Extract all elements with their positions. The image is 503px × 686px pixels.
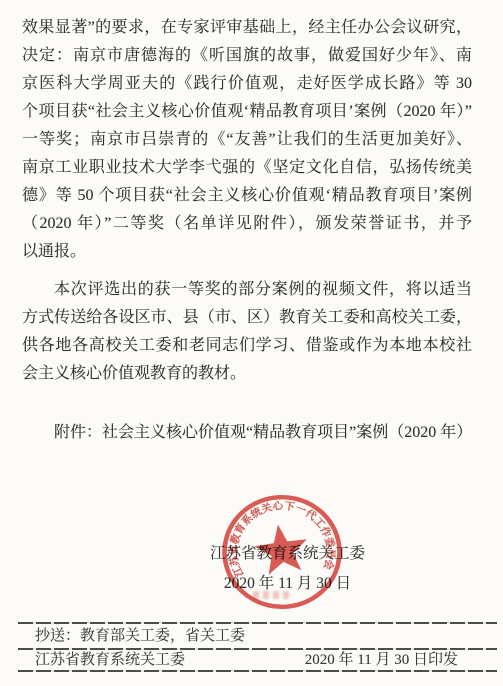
footer-print-date: 2020 年 11 月 30 日印发 — [305, 650, 458, 670]
footer-issuer: 江苏省教育系统关工委 — [35, 650, 185, 670]
seal-code-mark — [253, 591, 291, 599]
document-body: 效果显著”的要求，在专家评审基础上，经主任办公会议研究， 决定：南京市唐德海的《… — [22, 14, 472, 447]
body-line: 个项目获“社会主义核心价值观‘精品教育项目’案例（2020 年）” — [22, 98, 472, 126]
document-page: 效果显著”的要求，在专家评审基础上，经主任办公会议研究， 决定：南京市唐德海的《… — [0, 0, 503, 686]
body-line: （2020 年）”二等奖（名单详见附件），颁发荣誉证书，并予 — [22, 210, 472, 238]
document-footer: 抄送：教育部关工委，省关工委 江苏省教育系统关工委 2020 年 11 月 30… — [18, 622, 497, 674]
body-line: 德》等 50 个项目获“社会主义核心价值观‘精品教育项目’案例 — [22, 182, 472, 210]
body-line: 以通报。 — [22, 238, 472, 266]
body-line: 一等奖；南京市吕崇青的《“友善”让我们的生活更加美好》、 — [22, 126, 472, 154]
seal-star-icon — [252, 521, 312, 576]
body-line: 会主义核心价值观教育的教材。 — [22, 360, 472, 388]
body-line: 方式传送给各设区市、县（市、区）教育关工委和高校关工委， — [22, 304, 472, 332]
body-line: 决定：南京市唐德海的《听国旗的故事，做爱国好少年》、南 — [22, 42, 472, 70]
body-line: 南京工业职业技术大学李弋强的《坚定文化自信，弘扬传统美 — [22, 154, 472, 182]
body-line: 供各地各高校关工委和老同志们学习、借鉴或作为本地本校社 — [22, 332, 472, 360]
divider — [18, 670, 497, 672]
body-line: 效果显著”的要求，在专家评审基础上，经主任办公会议研究， — [22, 14, 472, 42]
body-line: 京医科大学周亚夫的《践行价值观，走好医学成长路》等 30 — [22, 70, 472, 98]
attachment-line: 附件：社会主义核心价值观“精品教育项目”案例（2020 年） — [22, 419, 472, 447]
cc-line: 抄送：教育部关工委，省关工委 — [35, 628, 245, 644]
body-line: 本次评选出的获一等奖的部分案例的视频文件，将以适当 — [22, 276, 472, 304]
